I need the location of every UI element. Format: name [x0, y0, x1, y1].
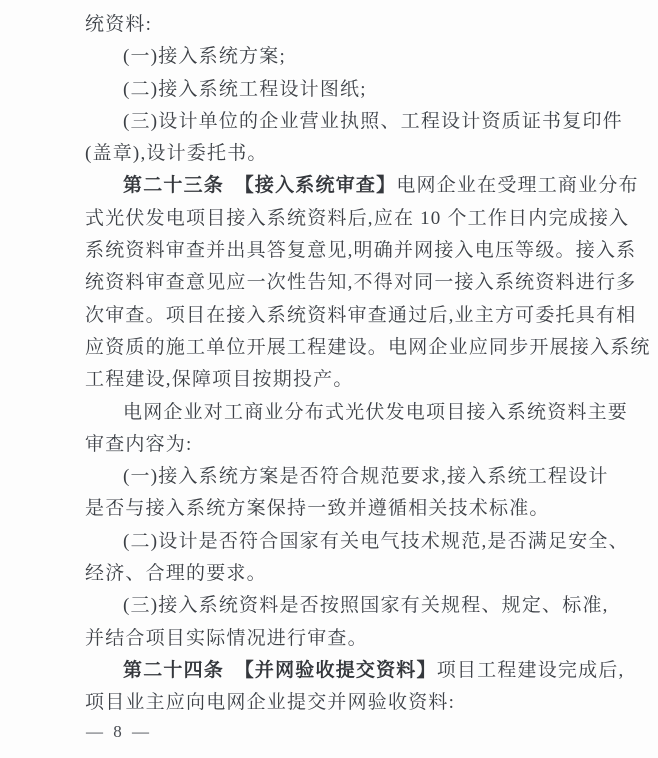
body-text: 并结合项目实际情况进行审查。 [85, 628, 368, 649]
body-text: (三)接入系统资料是否按照国家有关规程、规定、标准, [123, 595, 609, 616]
body-text: (一)接入系统方案是否符合规范要求,接入系统工程设计 [123, 466, 609, 487]
body-text: 经济、合理的要求。 [85, 563, 267, 584]
article-heading-text: 第二十三条 【接入系统审查】 [123, 175, 396, 196]
document-line: (三)设计单位的企业营业执照、工程设计资质证书复印件 [85, 106, 602, 138]
body-text: 次审查。项目在接入系统资料审查通过后,业主方可委托具有相 [85, 305, 636, 326]
document-line: (一)接入系统方案; [85, 41, 602, 73]
document-line: 电网企业对工商业分布式光伏发电项目接入系统资料主要 [85, 397, 602, 429]
document-line: 系统资料审查并出具答复意见,明确并网接入电压等级。接入系 [85, 235, 602, 267]
body-text: 统资料审查意见应一次性告知,不得对同一接入系统资料进行多 [85, 272, 636, 293]
document-line: 并结合项目实际情况进行审查。 [85, 623, 602, 655]
document-line: 式光伏发电项目接入系统资料后,应在 10 个工作日内完成接入 [85, 203, 602, 235]
body-text: (二)接入系统工程设计图纸; [123, 79, 367, 100]
document-line: 应资质的施工单位开展工程建设。电网企业应同步开展接入系统 [85, 332, 602, 364]
document-lines: 统资料:(一)接入系统方案;(二)接入系统工程设计图纸;(三)设计单位的企业营业… [85, 9, 602, 720]
body-text: 项目业主应向电网企业提交并网验收资料: [85, 692, 455, 713]
document-line: (二)接入系统工程设计图纸; [85, 74, 602, 106]
document-line: 第二十三条 【接入系统审查】电网企业在受理工商业分布 [85, 170, 602, 202]
document-line: 经济、合理的要求。 [85, 558, 602, 590]
document-line: 项目业主应向电网企业提交并网验收资料: [85, 687, 602, 719]
body-text: 审查内容为: [85, 434, 192, 455]
body-text: (二)设计是否符合国家有关电气技术规范,是否满足安全、 [123, 531, 629, 552]
document-line: (盖章),设计委托书。 [85, 138, 602, 170]
body-text: (盖章),设计委托书。 [85, 143, 268, 164]
body-text: 应资质的施工单位开展工程建设。电网企业应同步开展接入系统 [85, 337, 651, 358]
body-text: (一)接入系统方案; [123, 46, 286, 67]
document-line: 统资料审查意见应一次性告知,不得对同一接入系统资料进行多 [85, 267, 602, 299]
document-line: 是否与接入系统方案保持一致并遵循相关技术标准。 [85, 493, 602, 525]
body-text: 项目工程建设完成后, [437, 660, 625, 681]
document-line: 审查内容为: [85, 429, 602, 461]
document-line: 工程建设,保障项目按期投产。 [85, 364, 602, 396]
body-text: 电网企业对工商业分布式光伏发电项目接入系统资料主要 [123, 402, 628, 423]
body-text: 是否与接入系统方案保持一致并遵循相关技术标准。 [85, 498, 550, 519]
body-text: 统资料: [85, 14, 152, 35]
body-text: 式光伏发电项目接入系统资料后,应在 10 个工作日内完成接入 [85, 208, 629, 229]
document-line: 次审查。项目在接入系统资料审查通过后,业主方可委托具有相 [85, 300, 602, 332]
document-line: 统资料: [85, 9, 602, 41]
document-line: (三)接入系统资料是否按照国家有关规程、规定、标准, [85, 590, 602, 622]
document-line: 第二十四条 【并网验收提交资料】项目工程建设完成后, [85, 655, 602, 687]
body-text: 工程建设,保障项目按期投产。 [85, 369, 354, 390]
document-line: (二)设计是否符合国家有关电气技术规范,是否满足安全、 [85, 526, 602, 558]
document-page: 统资料:(一)接入系统方案;(二)接入系统工程设计图纸;(三)设计单位的企业营业… [0, 0, 658, 758]
body-text: 系统资料审查并出具答复意见,明确并网接入电压等级。接入系 [85, 240, 636, 261]
body-text: (三)设计单位的企业营业执照、工程设计资质证书复印件 [123, 111, 623, 132]
article-heading-text: 第二十四条 【并网验收提交资料】 [123, 660, 437, 681]
body-text: 电网企业在受理工商业分布 [396, 175, 638, 196]
document-line: (一)接入系统方案是否符合规范要求,接入系统工程设计 [85, 461, 602, 493]
page-number: — 8 — [86, 722, 152, 742]
